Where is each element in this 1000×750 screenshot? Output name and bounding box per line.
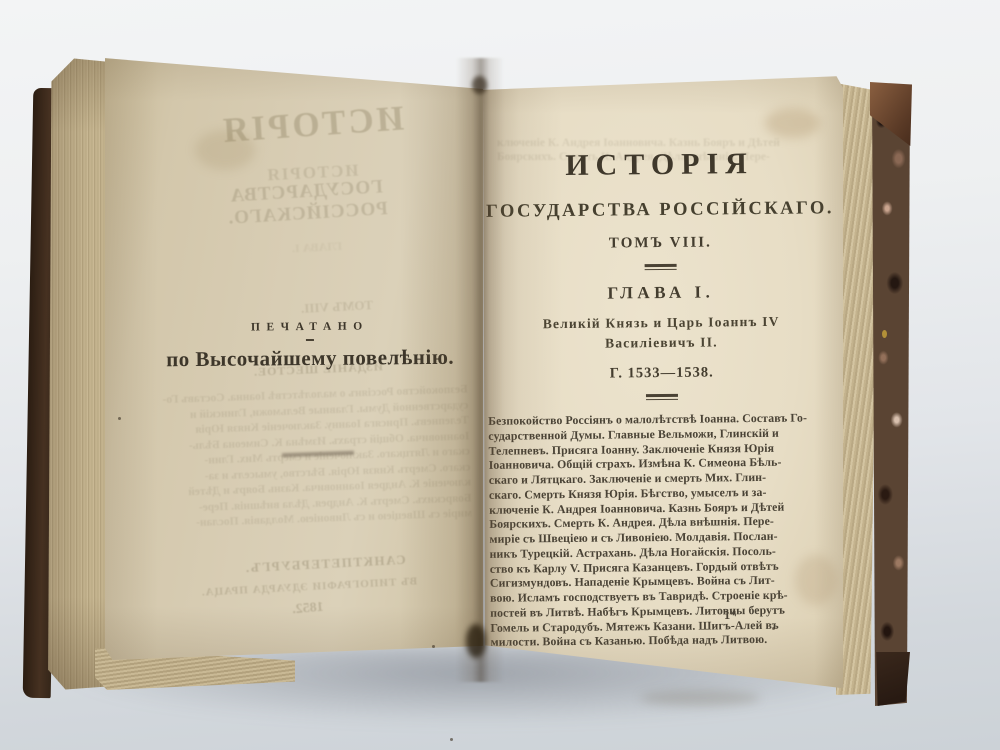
chapter-subtitle-line2: Василіевичъ II. [487, 333, 835, 352]
imprimatur-dash [306, 339, 314, 341]
signature-mark: 1* [724, 608, 737, 623]
left-page-imprimatur: ПЕЧАТАНО по Высочайшему повелѣнію. [140, 319, 480, 373]
book-photo: ИСТОРІЯ ИСТОРІЯ ГОСУДАРСТВА РОССІЙСКАГО.… [0, 0, 1000, 750]
volume-label: ТОМЪ VIII. [486, 232, 834, 254]
title-page-content: ИСТОРІЯ ГОСУДАРСТВА РОССІЙСКАГО. ТОМЪ VI… [485, 146, 838, 650]
book-title: ИСТОРІЯ [485, 146, 833, 184]
speck [432, 645, 435, 648]
speck [772, 627, 775, 630]
divider-rule [646, 394, 678, 400]
chapter-summary: Безпокойство Россіянъ о малолѣтствѣ Іоан… [488, 410, 838, 650]
gutter-notch-bottom [466, 624, 486, 658]
speck [118, 417, 121, 420]
chapter-subtitle-line1: Великій Князь и Царь Іоаннъ IV [487, 312, 835, 334]
book-subtitle: ГОСУДАРСТВА РОССІЙСКАГО. [486, 196, 834, 224]
leather-corner-bottom [874, 652, 910, 706]
date-range: Г. 1533—1538. [488, 362, 836, 384]
imprimatur-word: ПЕЧАТАНО [140, 319, 480, 336]
divider-rule [645, 264, 677, 270]
marbled-cover-edge [872, 84, 910, 706]
chapter-heading: ГЛАВА I. [487, 280, 835, 306]
imprimatur-line: по Высочайшему повелѣнію. [140, 344, 480, 373]
speck [450, 738, 453, 741]
gutter-notch-top [472, 76, 487, 94]
marble-fleck [882, 330, 887, 338]
